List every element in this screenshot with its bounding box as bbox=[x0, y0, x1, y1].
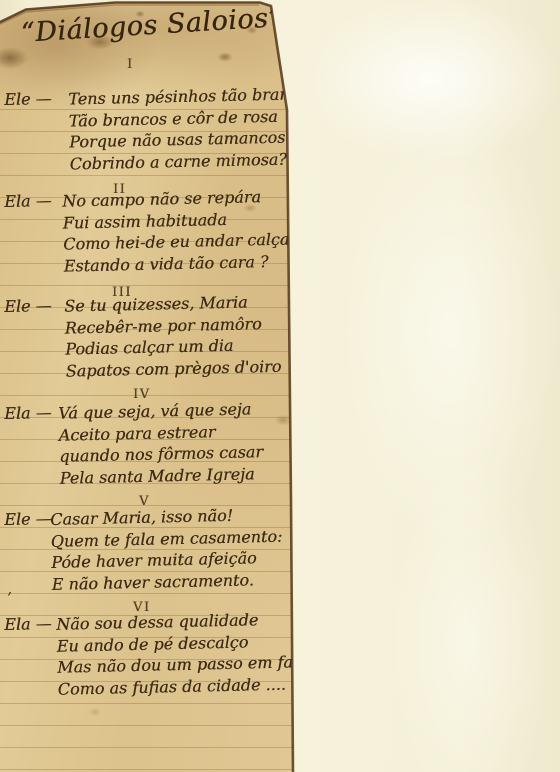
stanza-2: Ela — No campo não se repára Fui assim h… bbox=[4, 185, 294, 278]
stanza-6: Ela — Não sou dessa qualidade Eu ando de… bbox=[4, 608, 294, 701]
speaker-label: Ela — bbox=[4, 191, 52, 211]
speaker-label: Ele — bbox=[4, 89, 52, 109]
speaker-label: Ela — bbox=[4, 403, 52, 423]
verse-lines: Se tu quizesses, Maria Recebêr-me por na… bbox=[64, 290, 294, 381]
verse-lines: Casar Maria, isso não! Quem te fala em c… bbox=[50, 503, 294, 594]
verse-lines: Vá que seja, vá que seja Aceito para est… bbox=[58, 397, 294, 488]
verse-lines: No campo não se repára Fui assim habitua… bbox=[62, 185, 294, 276]
stanza-4: Ela — Vá que seja, vá que seja Aceito pa… bbox=[4, 397, 294, 490]
stanza-1: Ele — Tens uns pésinhos tão brancos Tão … bbox=[4, 83, 294, 176]
scanned-manuscript: “Diálogos Saloios” I Ele — Tens uns pési… bbox=[0, 0, 560, 772]
stanza-numeral-1: I bbox=[127, 57, 134, 72]
speaker-label: Ela — bbox=[4, 614, 52, 634]
manuscript-page: “Diálogos Saloios” I Ele — Tens uns pési… bbox=[0, 0, 294, 772]
stanza-3: Ele — Se tu quizesses, Maria Recebêr-me … bbox=[4, 290, 294, 383]
page-title: “Diálogos Saloios” bbox=[20, 2, 279, 49]
stray-ink-mark: ’ bbox=[7, 589, 12, 607]
speaker-label: Ele — bbox=[4, 296, 52, 316]
stanza-5: Ele — Casar Maria, isso não! Quem te fal… bbox=[4, 503, 294, 596]
verse-lines: Não sou dessa qualidade Eu ando de pé de… bbox=[56, 608, 294, 699]
speaker-label: Ele — bbox=[4, 509, 52, 529]
verse-lines: Tens uns pésinhos tão brancos Tão branco… bbox=[68, 83, 294, 174]
